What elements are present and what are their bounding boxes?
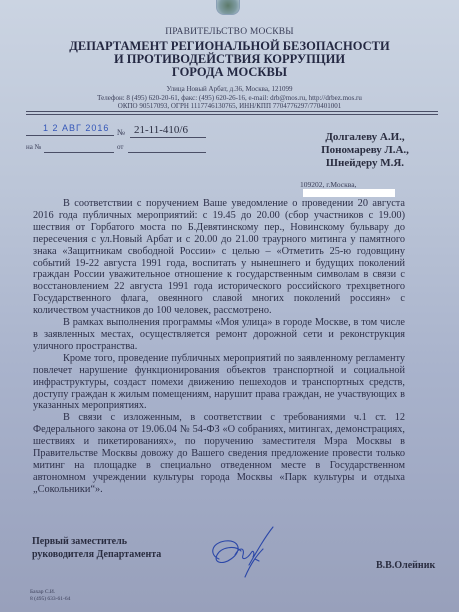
from-underline bbox=[128, 152, 206, 153]
reference-label: на № bbox=[26, 143, 41, 151]
reference-underline bbox=[44, 152, 114, 153]
number-underline bbox=[130, 137, 206, 138]
department-address: Улица Новый Арбат, д.36, Москва, 121099 bbox=[0, 85, 459, 94]
recipient-name: Долгалеву А.И., bbox=[290, 131, 440, 144]
signer-title-line: Первый заместитель bbox=[32, 535, 161, 548]
date-stamp: 1 2 АВГ 2016 bbox=[43, 123, 109, 133]
number-label: № bbox=[117, 127, 125, 137]
recipient-name: Шнейдеру М.Я. bbox=[290, 157, 440, 170]
letterhead-contacts: Улица Новый Арбат, д.36, Москва, 121099 … bbox=[0, 85, 459, 111]
date-underline bbox=[26, 135, 114, 136]
recipient-address: 109202, г.Москва, bbox=[300, 180, 356, 189]
department-codes: ОКПО 90517093, ОГРН 1117746130765, ИНН/К… bbox=[0, 102, 459, 111]
body-paragraph: В соответствии с поручением Ваше уведомл… bbox=[33, 198, 405, 317]
department-name: ДЕПАРТАМЕНТ РЕГИОНАЛЬНОЙ БЕЗОПАСНОСТИ И … bbox=[0, 40, 459, 79]
government-name: ПРАВИТЕЛЬСТВО МОСКВЫ bbox=[0, 27, 459, 37]
redacted-address bbox=[303, 189, 395, 197]
from-label: от bbox=[117, 143, 123, 151]
executor-phone: 8 (495) 633-61-64 bbox=[30, 596, 70, 603]
body-paragraph: Кроме того, проведение публичных меропри… bbox=[33, 353, 405, 413]
recipient-name: Пономареву Л.А., bbox=[290, 144, 440, 157]
moscow-coat-of-arms-icon bbox=[216, 0, 240, 15]
body-paragraph: В связи с изложенным, в соответствии с т… bbox=[33, 412, 405, 495]
signer-title-line: руководителя Департамента bbox=[32, 548, 161, 561]
outgoing-number: 21-11-410/6 bbox=[134, 124, 188, 136]
department-line: ГОРОДА МОСКВЫ bbox=[0, 66, 459, 79]
header-divider-thin bbox=[26, 114, 438, 115]
recipients-block: Долгалеву А.И., Пономареву Л.А., Шнейдер… bbox=[290, 131, 440, 170]
body-paragraph: В рамках выполнения программы «Моя улица… bbox=[33, 317, 405, 353]
signer-title: Первый заместитель руководителя Департам… bbox=[32, 535, 161, 561]
header-divider bbox=[26, 111, 438, 112]
letter-body: В соответствии с поручением Ваше уведомл… bbox=[33, 198, 405, 496]
executor-info: Бахар С.И. 8 (495) 633-61-64 bbox=[30, 589, 70, 602]
handwritten-signature-icon bbox=[205, 525, 280, 585]
signer-name: В.В.Олейник bbox=[376, 560, 435, 571]
department-phones: Телефон: 8 (495) 620-20-61, факс: (495) … bbox=[0, 94, 459, 103]
letter-page: ПРАВИТЕЛЬСТВО МОСКВЫ ДЕПАРТАМЕНТ РЕГИОНА… bbox=[0, 0, 459, 612]
